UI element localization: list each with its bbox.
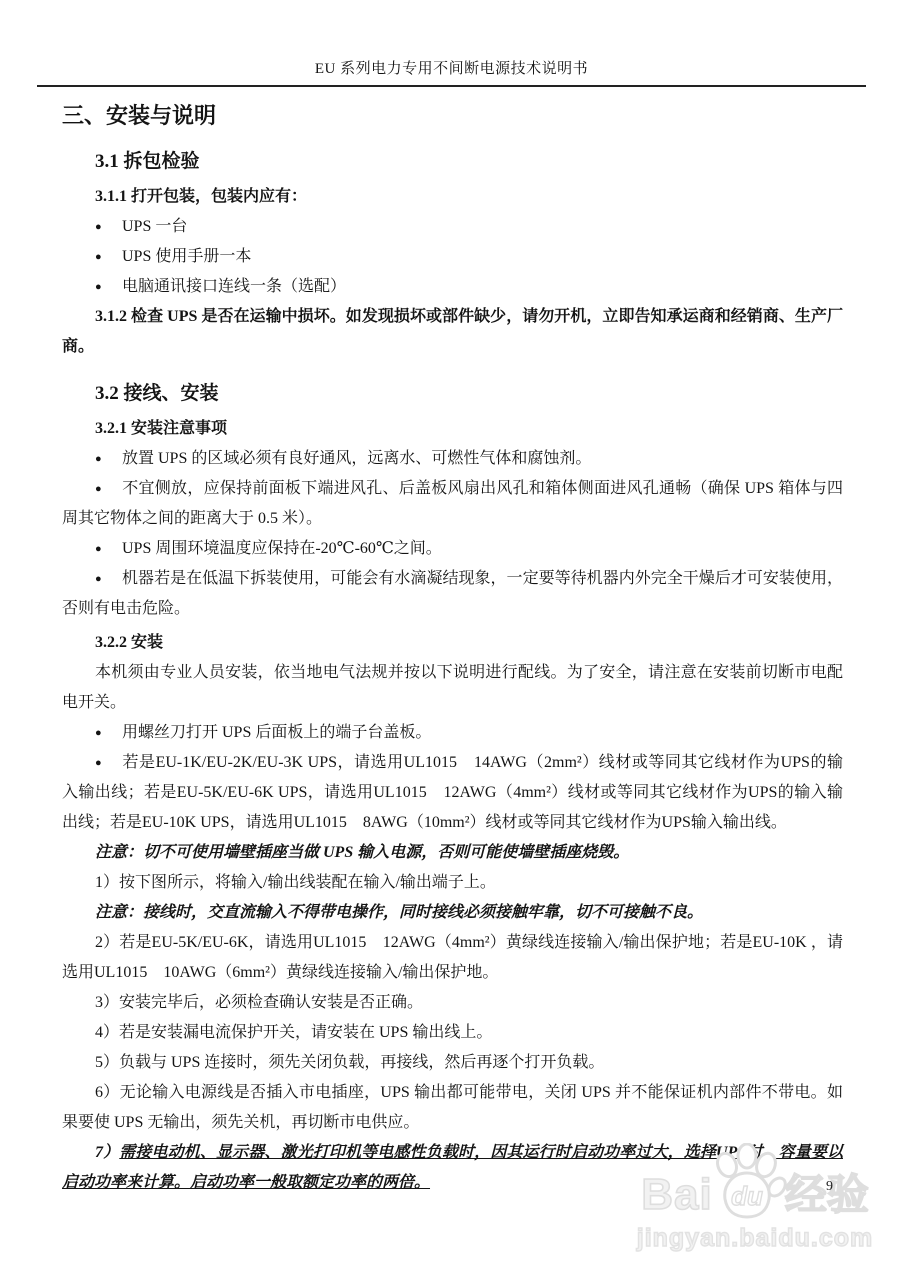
- caution-note-1: 注意：切不可使用墙壁插座当做 UPS 输入电源，否则可能使墙壁插座烧毁。: [62, 838, 843, 868]
- section-3-1-1-heading: 3.1.1 打开包装，包装内应有：: [62, 182, 843, 212]
- list-item: ●不宜侧放，应保持前面板下端进风孔、后盖板风扇出风孔和箱体侧面进风孔通畅（确保 …: [62, 474, 843, 534]
- bullet-icon: ●: [95, 534, 122, 564]
- list-item-text: 若是EU-1K/EU-2K/EU-3K UPS，请选用UL1015 14AWG（…: [62, 754, 843, 831]
- step-5: 5）负载与 UPS 连接时，须先关闭负载，再接线，然后再逐个打开负载。: [62, 1048, 843, 1078]
- bullet-icon: ●: [95, 444, 122, 474]
- list-item-text: 放置 UPS 的区域必须有良好通风，远离水、可燃性气体和腐蚀剂。: [122, 450, 591, 467]
- step-3: 3）安装完毕后，必须检查确认安装是否正确。: [62, 988, 843, 1018]
- list-item-text: 机器若是在低温下拆装使用，可能会有水滴凝结现象，一定要等待机器内外完全干燥后才可…: [62, 570, 843, 617]
- section-3-2-1-heading: 3.2.1 安装注意事项: [62, 414, 843, 444]
- bullet-icon: ●: [95, 564, 122, 594]
- list-item-text: 电脑通讯接口连线一条（选配）: [122, 278, 346, 295]
- list-item: ●机器若是在低温下拆装使用，可能会有水滴凝结现象，一定要等待机器内外完全干燥后才…: [62, 564, 843, 624]
- list-item-text: UPS 周围环境温度应保持在-20℃-60℃之间。: [122, 540, 442, 557]
- list-item-text: UPS 使用手册一本: [122, 248, 251, 265]
- page-number: 9: [826, 1179, 833, 1195]
- step-1: 1）按下图所示，将输入/输出线装配在输入/输出端子上。: [62, 868, 843, 898]
- list-item: ●电脑通讯接口连线一条（选配）: [62, 272, 843, 302]
- caution-note-2: 注意：接线时，交直流输入不得带电操作，同时接线必须接触牢靠，切不可接触不良。: [62, 898, 843, 928]
- list-item: ●用螺丝刀打开 UPS 后面板上的端子台盖板。: [62, 718, 843, 748]
- step-7: 7）需接电动机、显示器、激光打印机等电感性负载时，因其运行时启动功率过大，选择U…: [62, 1138, 843, 1198]
- step-2: 2）若是EU-5K/EU-6K，请选用UL1015 12AWG（4mm²）黄绿线…: [62, 928, 843, 988]
- list-item: ●若是EU-1K/EU-2K/EU-3K UPS，请选用UL1015 14AWG…: [62, 748, 843, 838]
- step-6: 6）无论输入电源线是否插入市电插座，UPS 输出都可能带电，关闭 UPS 并不能…: [62, 1078, 843, 1138]
- list-item: ●UPS 周围环境温度应保持在-20℃-60℃之间。: [62, 534, 843, 564]
- page-header-title: EU 系列电力专用不间断电源技术说明书: [37, 0, 866, 87]
- watermark-url-text: jingyan.baidu.com: [630, 1224, 880, 1253]
- list-item: ●UPS 使用手册一本: [62, 242, 843, 272]
- step-7-text: 需接电动机、显示器、激光打印机等电感性负载时，因其运行时启动功率过大，选择UPS…: [62, 1144, 843, 1191]
- bullet-icon: ●: [95, 272, 122, 302]
- list-item-text: 用螺丝刀打开 UPS 后面板上的端子台盖板。: [122, 724, 431, 741]
- paragraph-3-1-2: 3.1.2 检查 UPS 是否在运输中损坏。如发现损坏或部件缺少，请勿开机，立即…: [62, 302, 843, 362]
- bullet-icon: ●: [95, 474, 122, 504]
- step-4: 4）若是安装漏电流保护开关，请安装在 UPS 输出线上。: [62, 1018, 843, 1048]
- paragraph-3-2-2-intro: 本机须由专业人员安装，依当地电气法规并按以下说明进行配线。为了安全，请注意在安装…: [62, 658, 843, 718]
- chapter-title: 三、安装与说明: [62, 102, 843, 130]
- section-3-1-heading: 3.1 拆包检验: [62, 146, 843, 178]
- document-page: EU 系列电力专用不间断电源技术说明书 三、安装与说明 3.1 拆包检验 3.1…: [0, 0, 905, 1280]
- list-item-text: UPS 一台: [122, 218, 187, 235]
- bullet-icon: ●: [95, 212, 122, 242]
- section-3-2-2-heading: 3.2.2 安装: [62, 628, 843, 658]
- step-7-prefix: 7）: [95, 1144, 119, 1161]
- document-body: 三、安装与说明 3.1 拆包检验 3.1.1 打开包装，包装内应有： ●UPS …: [62, 88, 843, 1198]
- section-3-2-heading: 3.2 接线、安装: [62, 378, 843, 410]
- list-item: ●UPS 一台: [62, 212, 843, 242]
- list-item: ●放置 UPS 的区域必须有良好通风，远离水、可燃性气体和腐蚀剂。: [62, 444, 843, 474]
- list-item-text: 不宜侧放，应保持前面板下端进风孔、后盖板风扇出风孔和箱体侧面进风孔通畅（确保 U…: [62, 480, 843, 527]
- bullet-icon: ●: [95, 242, 122, 272]
- bullet-icon: ●: [95, 748, 122, 778]
- bullet-icon: ●: [95, 718, 122, 748]
